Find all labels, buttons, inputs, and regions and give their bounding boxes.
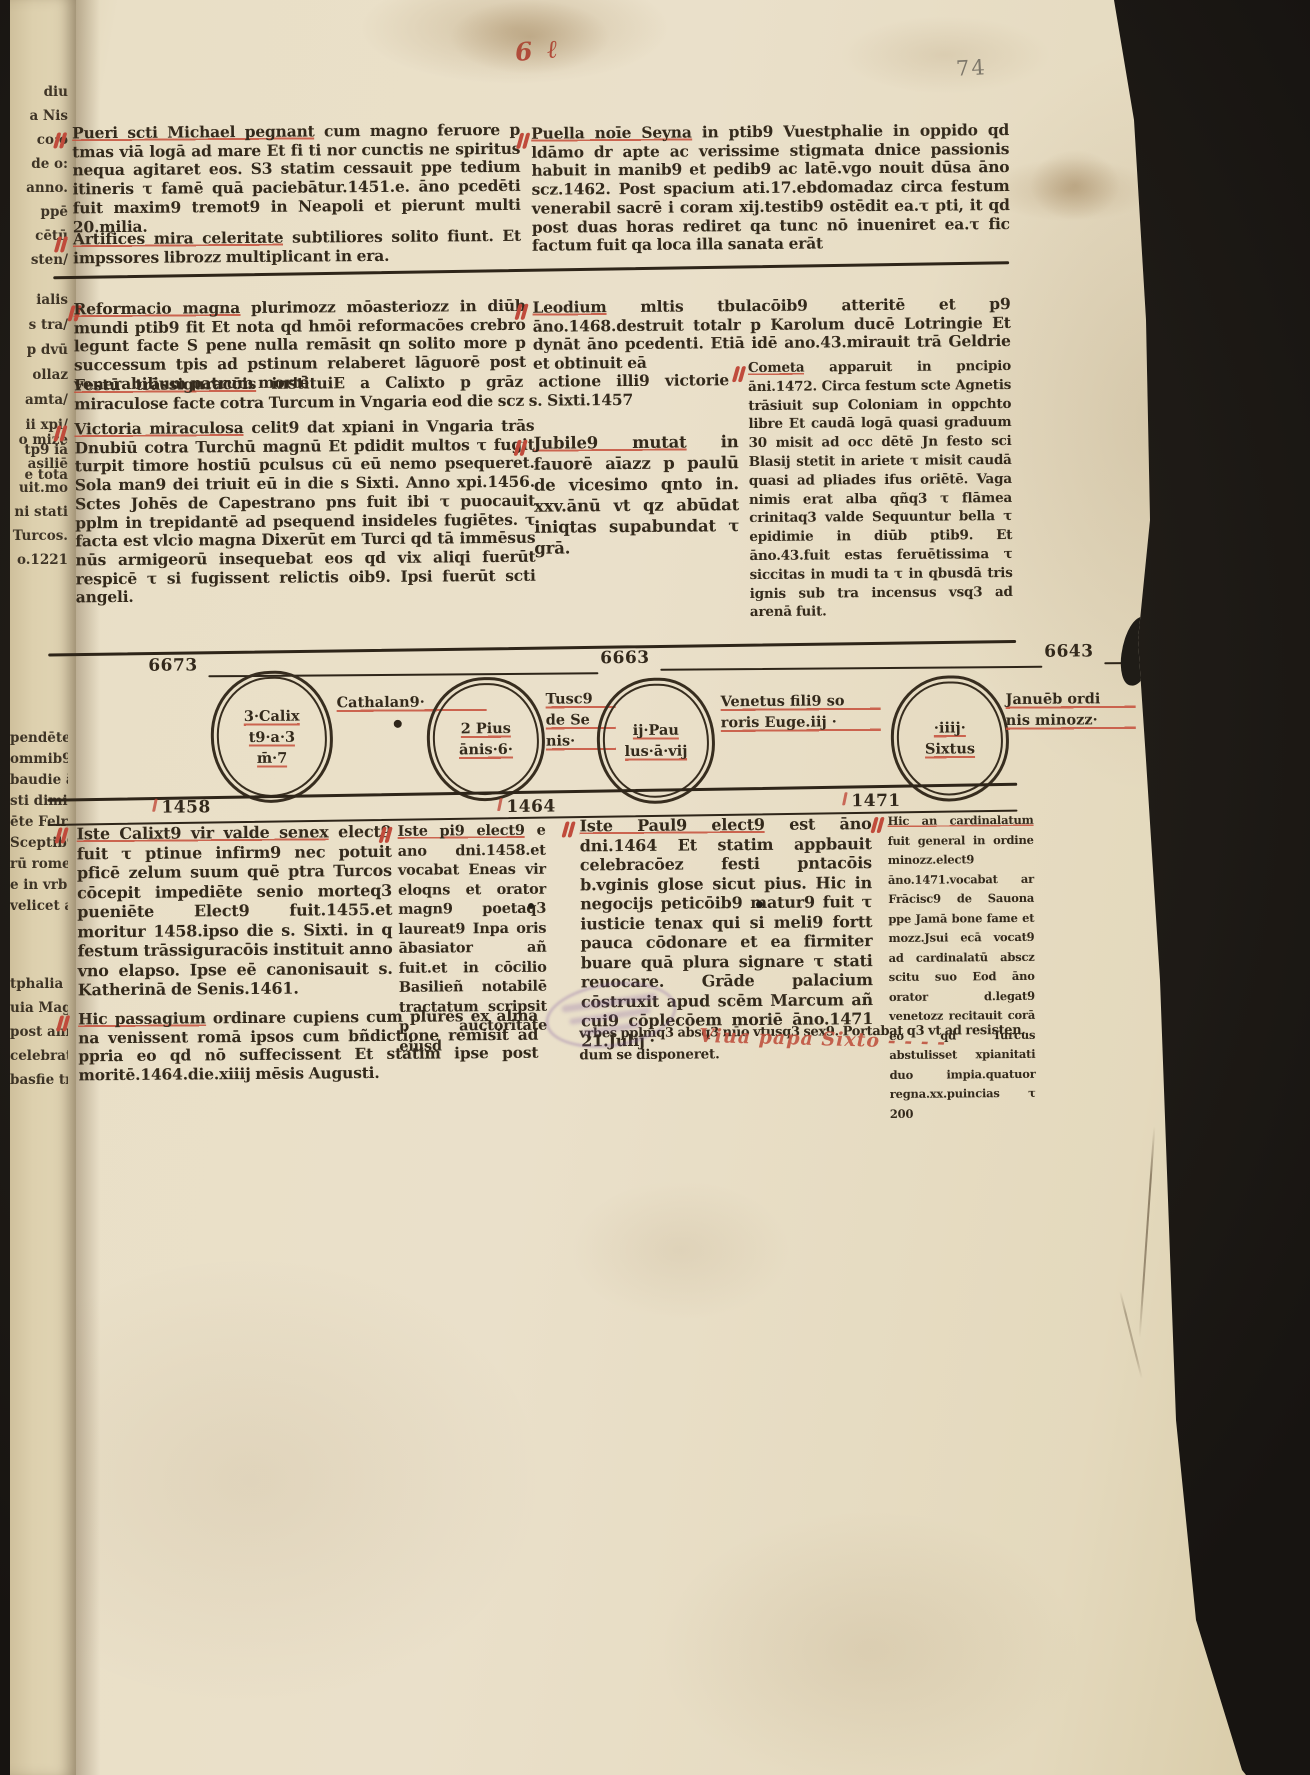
paragraph-artifices: Artifices mira celeritate subtiliores so… [73,227,521,268]
paragraph-victoria: Victoria miraculosa celit9 dat xpiani in… [74,417,535,608]
pope-medallion-calixtus-iii: 3·Calix t9·a·3 m̄·7 [210,670,333,803]
medallion-text: ·iiij· Sixtus [893,678,1006,799]
era-year: 6643 [1044,641,1093,661]
red-tick [842,792,848,805]
paragraph-puella: Puella noīe Seyna in ptib9 Vuestphalie i… [531,121,1010,256]
pope-name-line: Sixtus [925,738,975,759]
rubricated-lead: Artifices mira celeritate [73,228,284,249]
red-tick [497,798,503,811]
paragraph-festum: Festū trāssiguracōis instituiE a Calixto… [74,371,729,414]
rubricated-lead: Pueri scti Michael pegnant [72,121,315,142]
paragraph-mark [733,365,746,383]
caption-line: nis minozz· [1006,709,1136,731]
ink-spot [528,903,534,909]
caption-line: Venetus fili9 so [721,690,881,712]
ad-year: 1471 [851,791,900,811]
paragraph-mark [517,132,530,150]
paragraph-mark [55,235,68,253]
caption-line: roris Euge.iij · [721,711,881,733]
rubricated-lead: Hic an cardinalatum [887,813,1033,828]
pope-caption-paulus: Venetus fili9 so roris Euge.iij · [721,690,881,733]
pope-medallion-paulus-ii: ij·Pau lus·ā·vij [596,677,715,804]
paragraph-mark [515,303,528,321]
era-year: 6673 [148,655,197,675]
paragraph-mark [515,439,528,457]
pope-name-line: 2 Pius [461,718,511,739]
rubricated-lead: Iste pi9 elect9 [398,822,525,840]
paragraph-pueri: Pueri scti Michael pegnant cum magno fer… [72,121,521,237]
medallion-text: 3·Calix t9·a·3 m̄·7 [213,673,330,800]
timeline-dot [394,720,402,728]
paragraph-mark [563,820,576,838]
paragraph-passagium: Hic passagium ordinare cupiens cum plure… [78,1007,539,1085]
pope-name-line: ·iiij· [934,717,966,738]
rubricated-lead: Puella noīe Seyna [531,122,692,142]
era-year: 6663 [600,648,649,668]
pope-caption-sixtus: Januēb ordi nis minozz· [1006,688,1136,731]
paragraph-text: celit9 dat xpiani in Vngaria trās Dnubiū… [75,416,536,607]
paragraph-mark [380,826,393,844]
timeline-rule-top [48,640,1016,657]
paragraph-text: elect9 fuit τ ptinue infirm9 nec potuit … [77,822,393,999]
pope-name-line: m̄·7 [257,747,288,768]
paragraph-mark [56,826,69,844]
paragraph-text: fuit general in ordine minozz.elect9 āno… [888,832,1036,1120]
ad-year: 1458 [161,797,210,817]
pope-name-line: ij·Pau [633,720,679,741]
paragraph-mark [54,424,67,442]
rubricated-lead: Iste Paul9 elect9 [579,815,764,835]
red-tick [152,799,158,812]
rubricated-lead: Iste Calixt9 vir valde senex [77,822,329,843]
column-calixtus: Iste Calixt9 vir valde senex elect9 fuit… [77,822,393,1000]
ad-year: 1464 [506,797,555,817]
pope-medallion-pius-ii: 2 Pius ānis·6· [426,677,545,802]
pope-name-line: t9·a·3 [249,726,296,747]
pope-name-line: ānis·6· [459,739,513,760]
pope-name-line: lus·ā·vij [624,741,687,762]
paragraph-cometa: Cometa apparuit in pncipio āni.1472. Cir… [748,357,1013,622]
rubricated-lead: Leodium [532,297,606,317]
paragraph-text: apparuit in pncipio āni.1472. Circa fest… [748,358,1013,620]
timeline-rule-step [660,666,1042,671]
ink-spot [756,901,763,908]
rubricated-lead: Cometa [748,360,805,376]
printed-content: Pueri scti Michael pegnant cum magno fer… [3,0,1267,1775]
medallion-text: 2 Pius ānis·6· [429,680,542,799]
paragraph-jubileus: Jubile9 mutat in fauorē aīazz p paulū de… [533,431,739,559]
rubricated-lead: Victoria miraculosa [74,418,243,438]
book-page: diua Nisco:ode o:anno.ppēcētūsten/ ialis… [10,0,1260,1775]
column-sixtus: Hic an cardinalatum fuit general in ordi… [887,811,1035,1124]
pope-name-line: 3·Calix [244,705,300,726]
paragraph-mark [57,1014,70,1032]
rubricated-lead: Hic passagium [78,1008,206,1028]
rubricated-lead: Festū trāssiguracōis [74,374,256,394]
rubricated-lead: Jubile9 mutat [533,433,686,453]
paragraph-mark [54,131,67,149]
paragraph-mark [872,816,885,834]
photo-backdrop: diua Nisco:ode o:anno.ppēcētūsten/ ialis… [0,0,1310,1775]
medallion-text: ij·Pau lus·ā·vij [599,680,712,801]
caption-line: Januēb ordi [1006,688,1136,710]
rubricated-lead: Reformacio magna [73,298,240,318]
